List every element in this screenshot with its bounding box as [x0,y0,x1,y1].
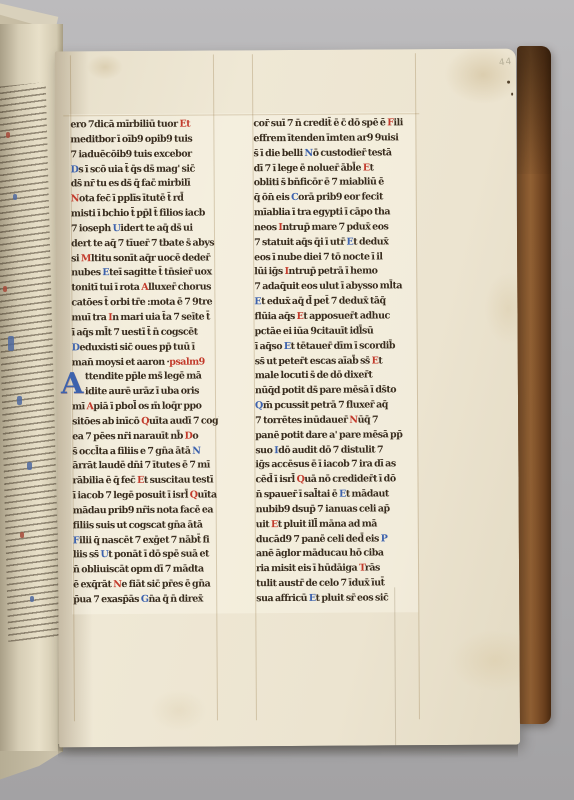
drop-cap-initial: A [61,368,84,398]
ink-speck [507,81,510,84]
manuscript-text-line: nubib9 dsup̄ 7 ianuas celi ap̄ [256,502,420,518]
folio-number: 44 [498,57,512,68]
manuscript-text-line: 7 adaq̄uit eos ulut ī abysso ml̄ta [254,279,418,295]
manuscript-page: 44 A ero 7dicā mīrbiliū tuor Etmeditbor … [55,49,520,748]
manuscript-text-line: uit Et pluit ill̄ māna ad mā [256,517,420,533]
facing-leaf-blue-initial [13,194,17,200]
manuscript-text-line: mīablia ī tra egypti ī cāpo tha [254,205,418,221]
manuscript-text-line: ī aq̄so Et tētauer̄ dīm ī scordib̄ [255,339,419,355]
facing-leaf-red-initial [3,286,7,292]
text-column-left: A ero 7dicā mīrbiliū tuor Etmeditbor ī o… [70,117,219,608]
manuscript-text-line: ī iacob 7 legē posuit ī isrl̄ Quīta [73,489,219,505]
facing-leaf-blue-initial [27,462,32,470]
manuscript-text-line: mī Apiā ī pbol̄ os m̄ loq̄r ppo [72,399,218,415]
manuscript-text-line: ārrāt laudē dn̄i 7 ītutes ē 7 mī [72,459,218,475]
manuscript-text-line: idite aurē urāz ī uba oris [72,385,218,401]
manuscript-text-line: Qm̄ pcussit petrā 7 fluxer̄ aq̄ [255,398,419,414]
manuscript-text-line: pctāe ei iūa 9citauīt idl̄sū [255,324,419,340]
manuscript-text-line: eos ī nube diei 7 tō nocte ī il [254,250,418,266]
manuscript-text-line: 7 ioseph Uidert te aq̄ ds̄ ui [71,221,217,237]
manuscript-text-line: ero 7dicā mīrbiliū tuor Et [70,117,216,133]
manuscript-text-line: effrem ītenden īmten ar9 9uisi [253,131,417,147]
manuscript-text-line: Filii q̄ nascēt 7 exḡet 7 nābt̄ fi [73,533,219,549]
manuscript-text-line: mādau prib9 nr̄is nota facē ea [73,503,219,519]
manuscript-text-line: 7 torrētes inūdauer̄ Nūq̄ 7 [255,413,419,429]
manuscript-text-line: cēd̄ ī isrl̄ Quā nō credider̄t ī dō [255,472,419,488]
facing-leaf-blue-initial [17,396,22,405]
manuscript-text-line: Ds ī scō uia t̄ q̄s ds̄ mag' sic̄ [71,162,217,178]
facing-leaf-edge [0,24,63,752]
manuscript-text-line: ea 7 pēes nr̄i narauīt nb̄ Do [72,429,218,445]
manuscript-text-line: neos Intrup̄ mare 7 pdux̄ eos [254,220,418,236]
manuscript-text-line: flūia aq̄s Et apposuer̄t adhuc [254,309,418,325]
manuscript-text-line: cor̄ suī 7 n̄ credit̄ ē c̄ dō spē ē Fili [253,116,417,132]
text-column-right: cor̄ suī 7 n̄ credit̄ ē c̄ dō spē ē Fili… [253,116,420,607]
manuscript-text-line: Nota fec̄ ī pplīs ītutē t̄ rd̄ [71,192,217,208]
manuscript-text-line: Et edux̄ aq̄ d̄ pet̄ 7 dedux̄ tāq̄ [254,294,418,310]
manuscript-text-line: n̄ obliuiscāt opm dī 7 mādta [73,563,219,579]
manuscript-text-line: sua affricū Et pluit sr̄ eos sic̄ [256,591,420,607]
manuscript-text-line: catōes t̄ orbi tr̄e :mota ē 7 9tre [71,296,217,312]
manuscript-text-line: ē exq̄rāt Ne fiāt sic̄ pr̄es ē gn̄a [73,578,219,594]
manuscript-text-line: nubes Eteī sagitte t̄ tn̄sier̄ uox [71,266,217,282]
manuscript-text-line: si Mltitu sonīt aq̄r uocē deder̄ [71,251,217,267]
manuscript-text-line: tonitī tui ī rota Alluxer̄ chorus [71,281,217,297]
manuscript-text-line: misti ī bchio t̄ pp̄l t̄ filios iacb [71,206,217,222]
manuscript-text-line: iḡs accēsus ē ī iacob 7 ira dī as [255,458,419,474]
manuscript-text-line: tulit austr̄ de celo 7 īdux̄ īut̄ [256,576,420,592]
manuscript-text-line: ī aq̄s ml̄t 7 uestī t̄ n̄ cogscēt [72,325,218,341]
facing-leaf-blue-initial [30,596,34,602]
manuscript-text-line: sitōes ab inīcō Quīta audī 7 cogī [72,414,218,430]
leather-board-corner [517,46,551,174]
manuscript-text-line: ria misit eis ī hūdāiga Trās [256,562,420,578]
manuscript-text-line: dī 7 ī lege ē noluer̄ ābl̄e Et [254,161,418,177]
manuscript-text-line: suo Idō audit dō 7 distulit 7 [255,443,419,459]
manuscript-text-line: ttendite pp̄le ms̄ legē mā [72,370,218,386]
manuscript-text-line: panē potit dare a' pare mēsā pp̄ [255,428,419,444]
facing-leaf-text-texture [0,82,60,642]
manuscript-text-line: filiis suis ut cogscat gn̄a ātā [73,518,219,534]
manuscript-text-line: dert te aq̄ 7 tīuer̄ 7 tbate s̄ abys [71,236,217,252]
leaf-stack-bottom-edge [0,751,63,781]
manuscript-text-line: Deduxisti sic̄ oues pp̄ tuū ī [72,340,218,356]
manuscript-text-line: liis ss̄ Ut ponāt ī dō spē suā et [73,548,219,564]
manuscript-text-line: p̄ua 7 exasp̄ās Gn̄a q̄ n̄ direx̄ [73,592,219,608]
manuscript-text-line: 7 statuit aq̄s q̄i ī utr̄ Et dedux̄ [254,235,418,251]
manuscript-text-line: ds̄ nr̄ tu es ds̄ q̄ fac̄ mirbilī [71,177,217,193]
ink-speck [511,93,513,96]
manuscript-text-line: s̄ ī die belli Nō custodier̄ testā [253,146,417,162]
manuscript-text-line: s̄ occl̄ta a filiis e 7 gn̄a ātā N [72,444,218,460]
manuscript-text-line: muī tra In mari uia t̄a 7 seīte t̄ [71,310,217,326]
manuscript-text-line: ss̄ ut peter̄t escas aīab̄ ss̄ Et [255,354,419,370]
manuscript-text-line: lūi iḡs Intrup̄ petrā ī hemo [254,265,418,281]
manuscript-text-line: rābilia ē q̄ fec̄ Et suscitau testī [72,474,218,490]
manuscript-text-line: ducād9 7 panē celi ded̄ eis P [256,532,420,548]
manuscript-text-line: nūq̄d potit ds̄ pare mēsā ī ds̄to [255,383,419,399]
facing-leaf-red-initial [20,532,24,538]
manuscript-text-line: male locuti s̄ de dō dixer̄t [255,369,419,385]
manuscript-text-line: 7 iaduēcōib9 tuis excebor [70,147,216,163]
manuscript-text-line: q̄ ōn̄ eis Corā prib9 eor fecit [254,190,418,206]
photograph-background: { "palette": { "ink": "#392d1f", "rubric… [0,0,574,800]
manuscript-text-line: man̄ moysi et aaron ·psalm9 [72,355,218,371]
manuscript-text-line: anē āglor māducau hō ciba [256,547,420,563]
manuscript-text-line: meditbor ī oīb9 opib9 tuis [70,132,216,148]
facing-leaf-blue-initial [8,336,14,351]
leather-board-edge [517,46,551,724]
manuscript-text-line: obliti s̄ bn̄ficōr ē 7 miabliū ē [254,176,418,192]
facing-leaf-red-initial [6,132,10,138]
manuscript-text-line: n̄ spauer̄ ī sal̄tai ē Et mādaut [256,487,420,503]
